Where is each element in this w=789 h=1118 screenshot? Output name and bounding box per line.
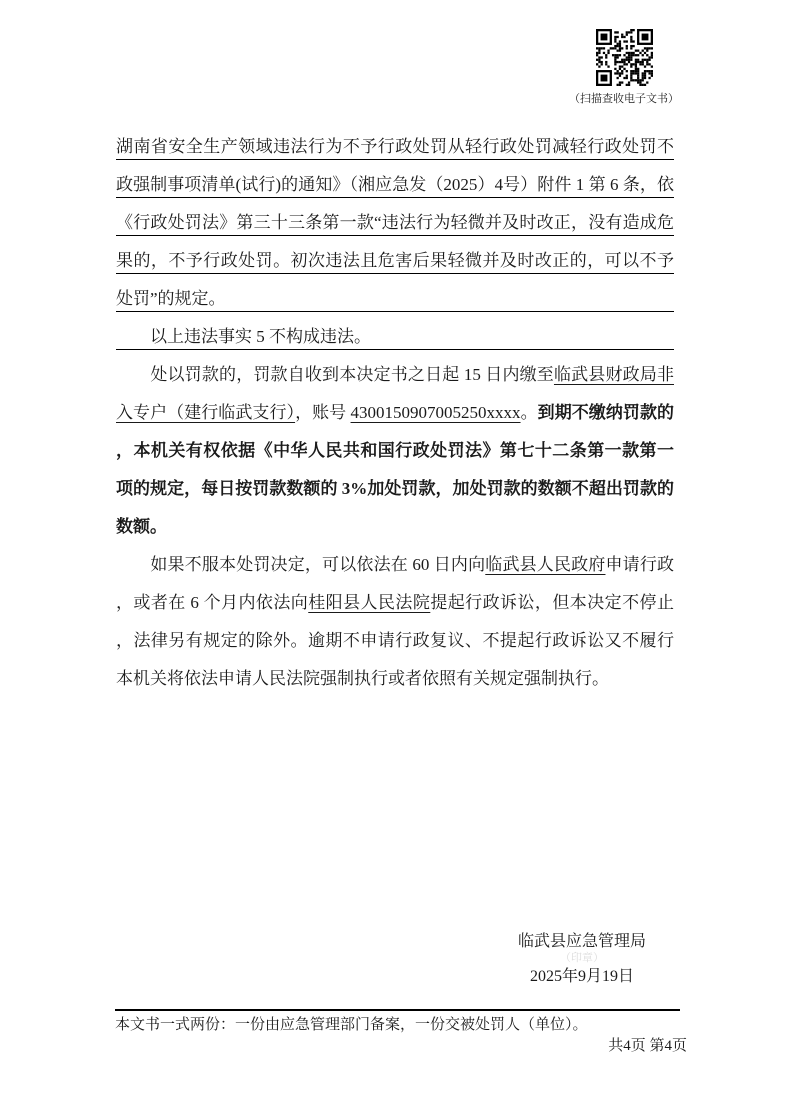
qr-caption: （扫描查收电子文书） <box>565 90 683 106</box>
underlined-text: 临武县人民政府 <box>485 555 605 574</box>
body-line-7: 处以罚款的，罚款自收到本决定书之日起 15 日内缴至临武县财政局非税收 <box>116 356 674 394</box>
body-line-13: ，或者在 6 个月内依法向桂阳县人民法院提起行政诉讼，但本决定不停止执行 <box>116 584 674 622</box>
document-body: 湖南省安全生产领域违法行为不予行政处罚从轻行政处罚减轻行政处罚不予行政强制事项清… <box>116 128 674 698</box>
document-page: （扫描查收电子文书） 湖南省安全生产领域违法行为不予行政处罚从轻行政处罚减轻行政… <box>0 0 789 1118</box>
decision-date: 2025年9月19日 <box>468 967 696 987</box>
text-segment: 湖南省安全生产领域违法行为不予行政处罚从轻行政处罚减轻行政处罚不予行 <box>116 137 674 166</box>
text-segment: 果的，不予行政处罚。初次违法且危害后果轻微并及时改正的，可以不予行政 <box>116 251 674 280</box>
body-line-5: 处罚”的规定。 <box>116 280 674 318</box>
body-line-4: 果的，不予行政处罚。初次违法且危害后果轻微并及时改正的，可以不予行政 <box>116 242 674 280</box>
body-line-9: ，本机关有权依据《中华人民共和国行政处罚法》第七十二条第一款第一 <box>116 432 674 470</box>
qr-code-icon <box>596 29 653 86</box>
bold-text: ，本机关有权依据《中华人民共和国行政处罚法》第七十二条第一款第一 <box>116 441 674 460</box>
text-segment: ，或者在 6 个月内依法向 <box>116 593 308 612</box>
body-line-12: 如果不服本处罚决定，可以依法在 60 日内向临武县人民政府申请行政复议 <box>116 546 674 584</box>
body-line-14: ，法律另有规定的除外。逾期不申请行政复议、不提起行政诉讼又不履行的， <box>116 622 674 660</box>
body-line-6: 以上违法事实 5 不构成违法。 <box>116 318 674 356</box>
body-line-8: 入专户（建行临武支行），账号 4300150907005250xxxx。到期不缴… <box>116 394 674 432</box>
text-segment: ，账号 <box>295 403 350 422</box>
text-segment: 。 <box>521 403 538 422</box>
footer-divider <box>115 1009 680 1011</box>
body-line-3: 《行政处罚法》第三十三条第一款“违法行为轻微并及时改正，没有造成危害后 <box>116 204 674 242</box>
body-line-15: 本机关将依法申请人民法院强制执行或者依照有关规定强制执行。 <box>116 660 674 698</box>
body-line-10: 项的规定，每日按罚款数额的 3%加处罚款，加处罚款的数额不超出罚款的 <box>116 470 674 508</box>
page-number: 共4页 第4页 <box>115 1036 687 1056</box>
body-line-2: 政强制事项清单(试行)的通知》（湘应急发（2025）4号）附件 1 第 6 条，… <box>116 166 674 204</box>
text-segment: 处罚”的规定。 <box>116 289 226 308</box>
underlined-text: 桂阳县人民法院 <box>308 593 430 612</box>
underlined-text: 4300150907005250xxxx <box>351 403 521 422</box>
bold-text: 项的规定，每日按罚款数额的 3%加处罚款，加处罚款的数额不超出罚款的 <box>116 479 674 498</box>
qr-block: （扫描查收电子文书） <box>565 29 683 106</box>
page-footer: 本文书一式两份：一份由应急管理部门备案，一份交被处罚人（单位）。 共4页 第4页 <box>115 1009 687 1056</box>
text-segment: 处以罚款的，罚款自收到本决定书之日起 15 日内缴至 <box>116 365 554 384</box>
body-line-1: 湖南省安全生产领域违法行为不予行政处罚从轻行政处罚减轻行政处罚不予行 <box>116 128 674 166</box>
text-segment: 本机关将依法申请人民法院强制执行或者依照有关规定强制执行。 <box>116 669 609 688</box>
text-segment: 以上违法事实 5 不构成违法。 <box>116 327 371 346</box>
bold-text: 到期不缴纳罚款的 <box>538 403 674 422</box>
seal-placeholder: （印章） <box>468 952 696 965</box>
issuing-agency: 临武县应急管理局 <box>468 932 696 952</box>
underlined-text: 入专户（建行临武支行） <box>116 403 295 422</box>
footer-note: 本文书一式两份：一份由应急管理部门备案，一份交被处罚人（单位）。 <box>115 1014 687 1036</box>
body-line-11: 数额。 <box>116 508 674 546</box>
text-segment: 《行政处罚法》第三十三条第一款“违法行为轻微并及时改正，没有造成危害后 <box>116 213 674 242</box>
text-segment: 如果不服本处罚决定，可以依法在 60 日内向 <box>116 555 485 574</box>
signature-block: 临武县应急管理局 （印章） 2025年9月19日 <box>468 932 696 987</box>
text-segment: ，法律另有规定的除外。逾期不申请行政复议、不提起行政诉讼又不履行的， <box>116 631 674 660</box>
bold-text: 数额。 <box>116 517 167 536</box>
text-segment: 政强制事项清单(试行)的通知》（湘应急发（2025）4号）附件 1 第 6 条，… <box>116 175 674 204</box>
